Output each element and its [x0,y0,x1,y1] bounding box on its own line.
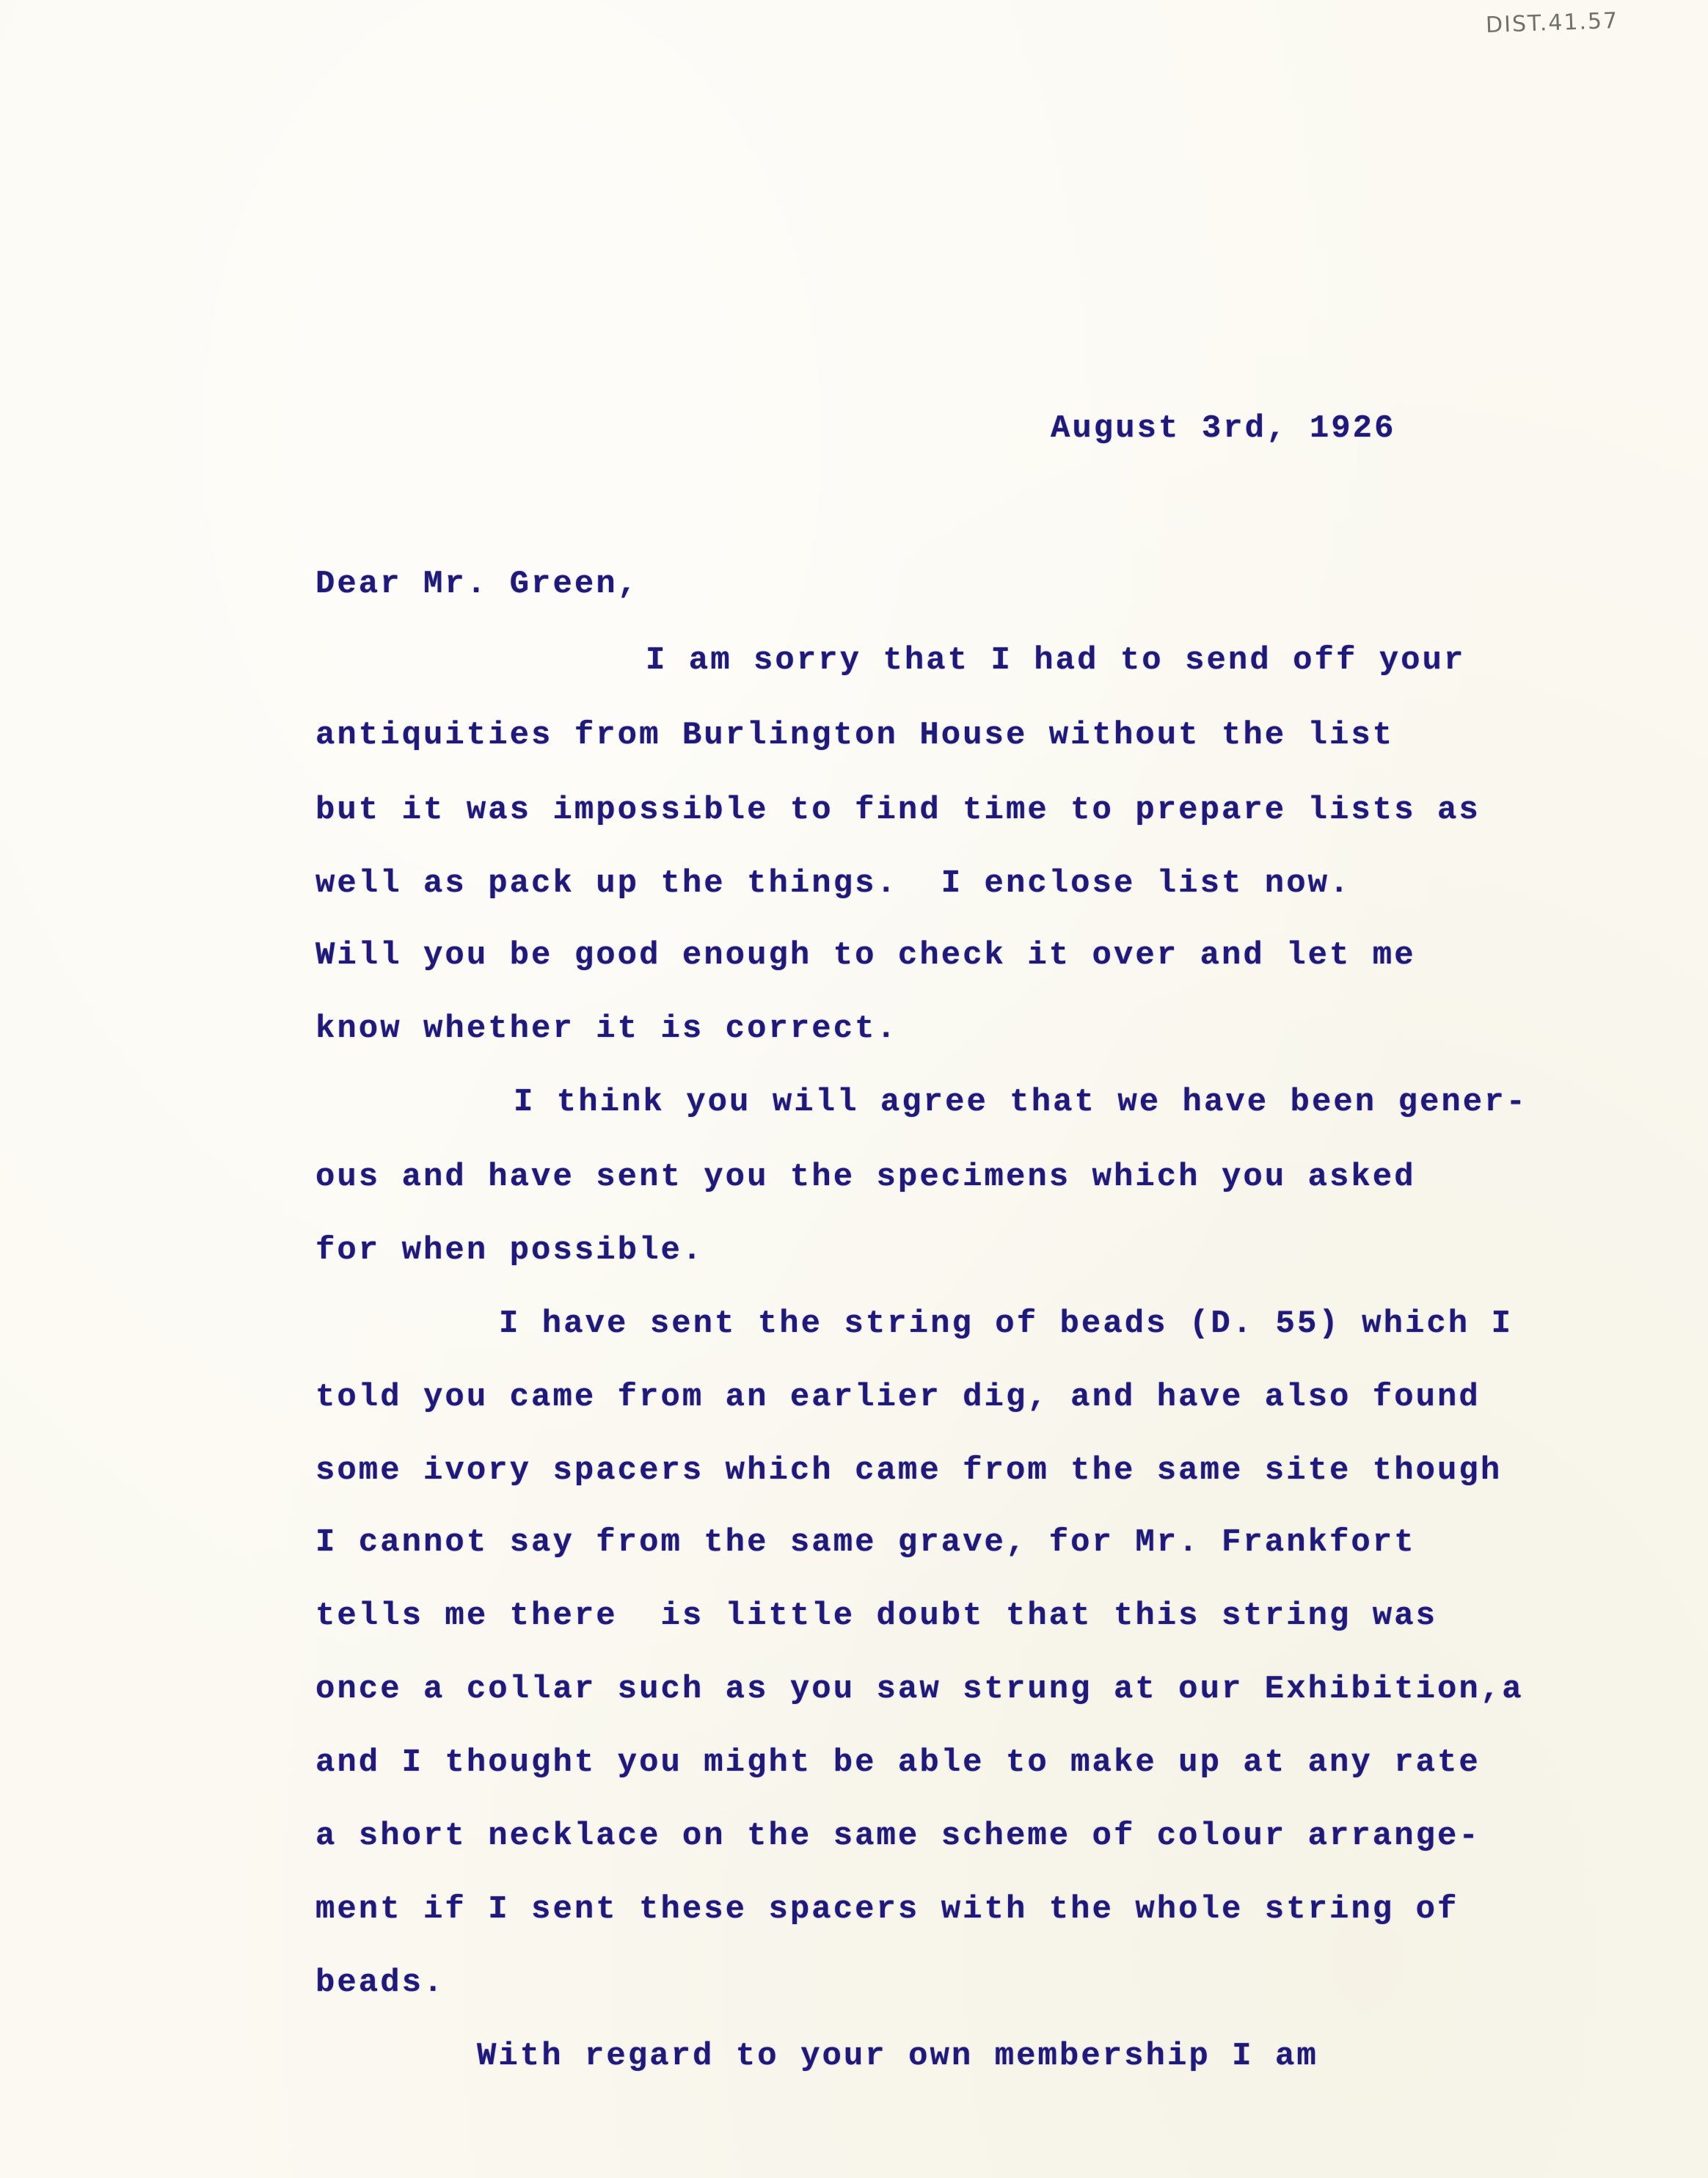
body-line: told you came from an earlier dig, and h… [315,1381,1481,1413]
body-line: a short necklace on the same scheme of c… [315,1820,1481,1852]
body-line: I am sorry that I had to send off your [646,644,1465,677]
body-line: With regard to your own membership I am [477,2040,1318,2072]
body-line: and I thought you might be able to make … [315,1747,1481,1779]
body-line: but it was impossible to find time to pr… [315,794,1481,826]
letter-date: August 3rd, 1926 [1051,412,1395,445]
letter-salutation: Dear Mr. Green, [315,568,639,600]
body-line: beads. [315,1967,445,1999]
body-line: ment if I sent these spacers with the wh… [315,1893,1459,1926]
body-line: tells me there is little doubt that this… [315,1600,1437,1632]
body-line: I have sent the string of beads (D. 55) … [499,1308,1513,1340]
body-line: some ivory spacers which came from the s… [315,1454,1502,1487]
body-line: know whether it is correct. [315,1013,898,1045]
body-line: well as pack up the things. I enclose li… [315,867,1351,900]
body-line: for when possible. [315,1234,704,1267]
body-line: ous and have sent you the specimens whic… [315,1161,1416,1193]
body-line: Will you be good enough to check it over… [315,939,1416,972]
body-line: antiquities from Burlington House withou… [315,719,1394,751]
archive-reference-annotation: DIST.41.57 [1485,8,1618,38]
body-line: once a collar such as you saw strung at … [315,1673,1524,1705]
letter-page: DIST.41.57 August 3rd, 1926 Dear Mr. Gre… [0,0,1708,2178]
body-line: I think you will agree that we have been… [514,1086,1528,1118]
body-line: I cannot say from the same grave, for Mr… [315,1526,1416,1559]
